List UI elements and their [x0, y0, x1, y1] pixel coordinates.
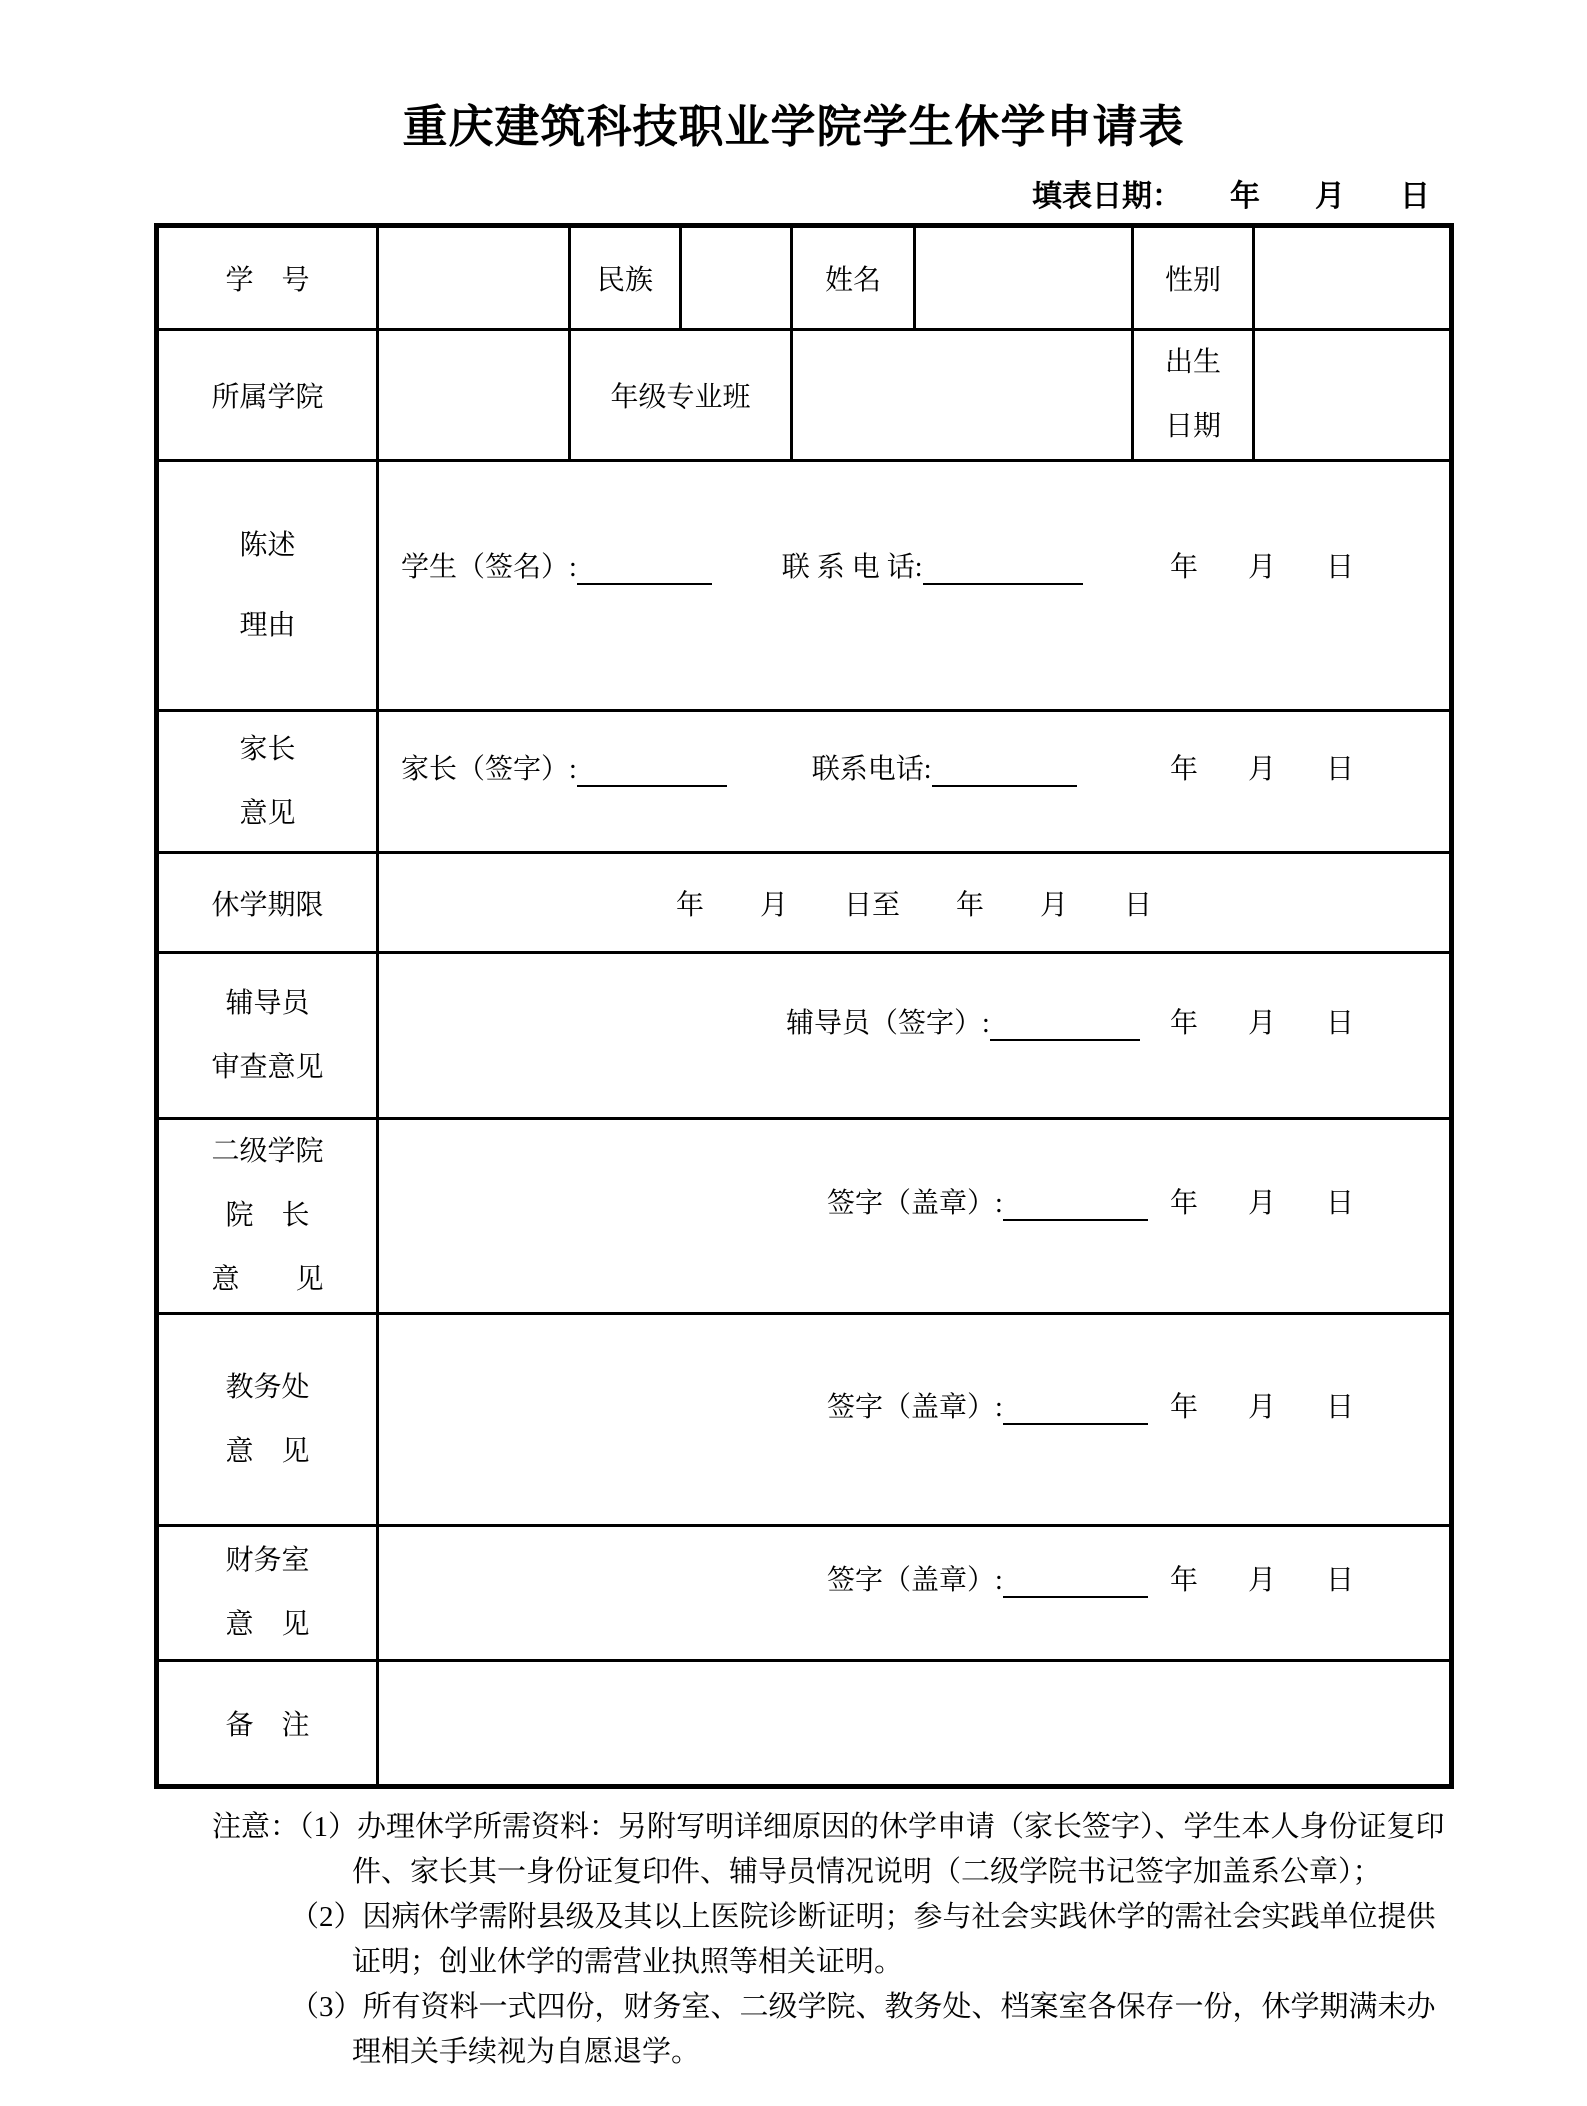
dean-label-line2: 院 长 — [159, 1184, 376, 1248]
parent-signature-line[interactable] — [577, 757, 727, 787]
row-dean-opinion: 二级学院 院 长 意 见 签字（盖章）: 年月日 — [157, 1119, 1452, 1314]
parent-opinion-area[interactable]: 家长（签字）: 联系电话: 年月日 — [378, 711, 1452, 853]
note-marker: （2） — [290, 1901, 363, 1933]
note-text: 因病休学需附县级及其以上医院诊断证明；参与社会实践休学的需社会实践单位提供证明；… — [352, 1901, 1436, 1978]
finance-date: 年月日 — [1170, 1558, 1354, 1598]
month-label: 月 — [1248, 545, 1276, 585]
counselor-signature-line[interactable] — [990, 1011, 1140, 1041]
notes-section: 注意：（1）办理休学所需资料：另附写明详细原因的休学申请（家长签字）、学生本人身… — [212, 1805, 1447, 2075]
grade-class-field[interactable] — [792, 330, 1133, 461]
dean-label-line3: 意 见 — [159, 1248, 376, 1312]
dean-opinion-label: 二级学院 院 长 意 见 — [157, 1119, 378, 1314]
application-table: 学 号 民族 姓名 性别 所属学院 年级专业班 出生 日期 — [154, 223, 1454, 1789]
fill-date-label: 填表日期： — [1032, 180, 1182, 213]
day-label: 日 — [1326, 1558, 1354, 1598]
day-label: 日 — [1326, 1385, 1354, 1425]
parent-label-line2: 意见 — [159, 782, 376, 846]
suspension-period-label: 休学期限 — [157, 853, 378, 953]
parent-signature-label: 家长（签字）: — [401, 747, 577, 787]
dean-label-line1: 二级学院 — [159, 1120, 376, 1184]
gender-field[interactable] — [1254, 226, 1452, 330]
year-label: 年 — [1170, 1565, 1198, 1596]
dean-signature-label: 签字（盖章）: — [827, 1181, 1003, 1221]
contact-phone-label: 联 系 电 话: — [782, 545, 923, 585]
year-label: 年 — [1170, 1008, 1198, 1039]
counselor-review-area[interactable]: 辅导员（签字）: 年月日 — [378, 953, 1452, 1119]
note-marker: （3） — [290, 1991, 363, 2023]
statement-date: 年月日 — [1170, 545, 1354, 585]
counselor-label-line2: 审查意见 — [159, 1036, 376, 1100]
note-text: 所有资料一式四份，财务室、二级学院、教务处、档案室各保存一份，休学期满未办理相关… — [352, 1991, 1436, 2068]
statement-label-line1: 陈述 — [159, 506, 376, 586]
fill-date-year-label: 年 — [1230, 171, 1260, 215]
day-label: 日 — [1326, 1181, 1354, 1221]
month-label: 月 — [1248, 747, 1276, 787]
form-title: 重庆建筑科技职业学院学生休学申请表 — [0, 90, 1587, 155]
counselor-review-label: 辅导员 审查意见 — [157, 953, 378, 1119]
month-label: 月 — [1248, 1558, 1276, 1598]
parent-label-line1: 家长 — [159, 718, 376, 782]
academic-signature-label: 签字（盖章）: — [827, 1385, 1003, 1425]
row-finance-office-opinion: 财务室 意 见 签字（盖章）: 年月日 — [157, 1526, 1452, 1661]
college-field[interactable] — [378, 330, 570, 461]
name-field[interactable] — [915, 226, 1133, 330]
note-marker: 注意：（1） — [212, 1811, 357, 1843]
birth-date-label: 出生 日期 — [1133, 330, 1254, 461]
counselor-signature-label: 辅导员（签字）: — [786, 1001, 990, 1041]
finance-label-line1: 财务室 — [159, 1529, 376, 1593]
remarks-label: 备 注 — [157, 1661, 378, 1787]
row-academic-office-opinion: 教务处 意 见 签字（盖章）: 年月日 — [157, 1314, 1452, 1526]
birth-date-field[interactable] — [1254, 330, 1452, 461]
statement-content-area[interactable]: 学生（签名）: 联 系 电 话: 年月日 — [378, 461, 1452, 711]
row-suspension-period: 休学期限 年 月 日至 年 月 日 — [157, 853, 1452, 953]
year-label: 年 — [1170, 552, 1198, 583]
finance-office-label: 财务室 意 见 — [157, 1526, 378, 1661]
note-item: （3）所有资料一式四份，财务室、二级学院、教务处、档案室各保存一份，休学期满未办… — [212, 1985, 1447, 2075]
grade-class-label: 年级专业班 — [570, 330, 792, 461]
statement-label-line2: 理由 — [159, 586, 376, 666]
note-text: 办理休学所需资料：另附写明详细原因的休学申请（家长签字）、学生本人身份证复印件、… — [352, 1811, 1445, 1888]
month-label: 月 — [1248, 1001, 1276, 1041]
finance-signature-label: 签字（盖章）: — [827, 1558, 1003, 1598]
row-counselor-review: 辅导员 审查意见 辅导员（签字）: 年月日 — [157, 953, 1452, 1119]
parent-phone-label: 联系电话: — [812, 747, 932, 787]
note-item: 注意：（1）办理休学所需资料：另附写明详细原因的休学申请（家长签字）、学生本人身… — [212, 1805, 1447, 1895]
day-label: 日 — [1326, 747, 1354, 787]
contact-phone-line[interactable] — [923, 555, 1083, 585]
year-label: 年 — [1170, 754, 1198, 785]
academic-label-line2: 意 见 — [159, 1420, 376, 1484]
year-label: 年 — [1170, 1392, 1198, 1423]
row-parent-opinion: 家长 意见 家长（签字）: 联系电话: 年月日 — [157, 711, 1452, 853]
remarks-field[interactable] — [378, 1661, 1452, 1787]
ethnicity-field[interactable] — [681, 226, 792, 330]
parent-date: 年月日 — [1170, 747, 1354, 787]
finance-office-area[interactable]: 签字（盖章）: 年月日 — [378, 1526, 1452, 1661]
academic-label-line1: 教务处 — [159, 1356, 376, 1420]
student-signature-line[interactable] — [577, 555, 712, 585]
row-basic-2: 所属学院 年级专业班 出生 日期 — [157, 330, 1452, 461]
year-label: 年 — [1170, 1188, 1198, 1219]
ethnicity-label: 民族 — [570, 226, 681, 330]
row-statement: 陈述 理由 学生（签名）: 联 系 电 话: 年月日 — [157, 461, 1452, 711]
student-id-field[interactable] — [378, 226, 570, 330]
day-label: 日 — [1326, 1001, 1354, 1041]
month-label: 月 — [1248, 1385, 1276, 1425]
note-item: （2）因病休学需附县级及其以上医院诊断证明；参与社会实践休学的需社会实践单位提供… — [212, 1895, 1447, 1985]
month-label: 月 — [1248, 1181, 1276, 1221]
counselor-date: 年月日 — [1170, 1001, 1354, 1041]
birth-date-label-line1: 出生 — [1134, 331, 1252, 395]
document-page: 重庆建筑科技职业学院学生休学申请表 填表日期：年月日 学 号 民族 姓名 性别 … — [0, 0, 1587, 2106]
dean-signature-line[interactable] — [1003, 1191, 1148, 1221]
statement-label: 陈述 理由 — [157, 461, 378, 711]
finance-signature-line[interactable] — [1003, 1568, 1148, 1598]
row-remarks: 备 注 — [157, 1661, 1452, 1787]
fill-date-day-label: 日 — [1400, 171, 1430, 215]
academic-date: 年月日 — [1170, 1385, 1354, 1425]
birth-date-label-line2: 日期 — [1134, 395, 1252, 459]
academic-signature-line[interactable] — [1003, 1395, 1148, 1425]
dean-opinion-area[interactable]: 签字（盖章）: 年月日 — [378, 1119, 1452, 1314]
fill-date-month-label: 月 — [1315, 171, 1345, 215]
parent-phone-line[interactable] — [932, 757, 1077, 787]
dean-date: 年月日 — [1170, 1181, 1354, 1221]
parent-opinion-label: 家长 意见 — [157, 711, 378, 853]
row-basic-1: 学 号 民族 姓名 性别 — [157, 226, 1452, 330]
finance-label-line2: 意 见 — [159, 1593, 376, 1657]
day-label: 日 — [1326, 545, 1354, 585]
fill-date-line: 填表日期：年月日 — [0, 171, 1430, 215]
name-label: 姓名 — [792, 226, 915, 330]
student-id-label: 学 号 — [157, 226, 378, 330]
gender-label: 性别 — [1133, 226, 1254, 330]
academic-office-area[interactable]: 签字（盖章）: 年月日 — [378, 1314, 1452, 1526]
counselor-label-line1: 辅导员 — [159, 972, 376, 1036]
academic-office-label: 教务处 意 见 — [157, 1314, 378, 1526]
student-signature-label: 学生（签名）: — [401, 545, 577, 585]
suspension-period-value[interactable]: 年 月 日至 年 月 日 — [378, 853, 1452, 953]
college-label: 所属学院 — [157, 330, 378, 461]
